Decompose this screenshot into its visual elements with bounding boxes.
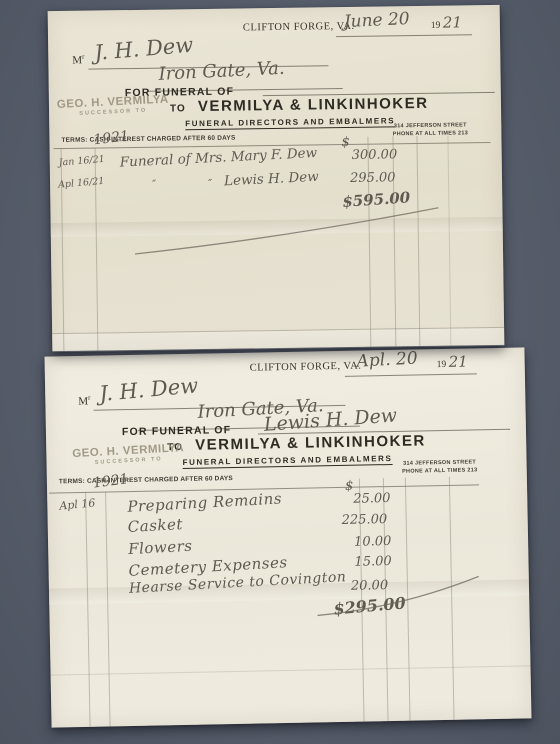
dateline-rule <box>345 373 477 377</box>
street-address: 314 JEFFERSON STREET PHONE AT ALL TIMES … <box>382 121 478 139</box>
ditto-mark: ″ <box>152 178 156 191</box>
firm-subtitle: FUNERAL DIRECTORS AND EMBALMERS <box>182 454 392 469</box>
firm-to-label: TO <box>170 103 186 114</box>
firm-name: VERMILYA & LINKINHOKER <box>198 95 429 115</box>
street-address-line2: PHONE AT ALL TIMES 213 <box>382 129 478 139</box>
firm-name: VERMILYA & LINKINHOKER <box>195 432 426 453</box>
ledger-vline <box>447 136 451 346</box>
terms-line: TERMS: CASH-INTEREST CHARGED AFTER 60 DA… <box>61 135 235 144</box>
ledger-vline <box>85 492 91 727</box>
row-amount: 15.00 <box>354 554 391 570</box>
proprietor-stamp: GEO. H. VERMILYA SUCCESSOR TO <box>57 94 170 118</box>
firm-subtitle: FUNERAL DIRECTORS AND EMBALMERS <box>185 116 395 130</box>
ledger-vline <box>105 491 111 726</box>
photo-background: CLIFTON FORGE, VA. June 20 19 21 Mr J. H… <box>0 0 560 744</box>
row-amount: 25.00 <box>353 491 390 507</box>
ditto-mark: ″ <box>208 177 212 190</box>
proprietor-stamp: GEO. H. VERMILYA SUCCESSOR TO <box>72 442 185 467</box>
row-amount: 295.00 <box>350 170 396 186</box>
row-amount: 10.00 <box>354 534 391 550</box>
dateline-year-handwritten: 21 <box>448 353 467 371</box>
invoice-itemized: CLIFTON FORGE, VA. Apl. 20 19 21 Mr J. H… <box>44 347 531 727</box>
row-date: Jan 16/21 <box>58 154 105 169</box>
pen-flourish <box>132 204 443 258</box>
row-description: Lewis H. Dew <box>224 169 319 190</box>
row-description: Funeral of Mrs. Mary F. Dew <box>119 145 317 171</box>
dateline-year-handwritten: 21 <box>443 13 462 31</box>
dateline-year-printed: 19 <box>431 21 441 31</box>
row-date: Apl 16/21 <box>58 176 105 191</box>
dateline-place: CLIFTON FORGE, VA. <box>243 21 355 34</box>
dateline-date-handwritten: June 20 <box>343 9 410 32</box>
invoice-statement: CLIFTON FORGE, VA. June 20 19 21 Mr J. H… <box>48 5 505 351</box>
mr-label: Mr <box>78 394 90 408</box>
mr-label: Mr <box>72 53 84 67</box>
ledger-year: 1921 <box>92 471 129 491</box>
street-address-line2: PHONE AT ALL TIMES 213 <box>392 466 488 476</box>
dateline-place: CLIFTON FORGE, VA. <box>250 361 362 374</box>
fold-crease-line <box>51 665 531 675</box>
row-amount: 300.00 <box>352 147 398 163</box>
ledger-date: Apl 16 <box>59 496 96 512</box>
ledger-year: 1921 <box>93 128 130 148</box>
customer-name: J. H. Dew <box>98 373 199 406</box>
row-description: Casket <box>127 515 183 536</box>
pen-flourish <box>317 570 486 621</box>
currency-sign: $ <box>341 135 349 150</box>
row-description: Flowers <box>128 537 193 558</box>
customer-address: Iron Gate, Va. <box>158 58 285 85</box>
dateline-rule <box>336 34 472 37</box>
terms-line: TERMS: CASH-INTEREST CHARGED AFTER 60 DA… <box>59 475 233 485</box>
dateline-year-printed: 19 <box>437 360 447 370</box>
row-amount: 225.00 <box>342 512 388 528</box>
customer-name: J. H. Dew <box>93 33 194 65</box>
row-description: Preparing Remains <box>127 489 282 515</box>
street-address: 314 JEFFERSON STREET PHONE AT ALL TIMES … <box>392 458 488 476</box>
dateline-date-handwritten: Apl. 20 <box>356 348 418 371</box>
